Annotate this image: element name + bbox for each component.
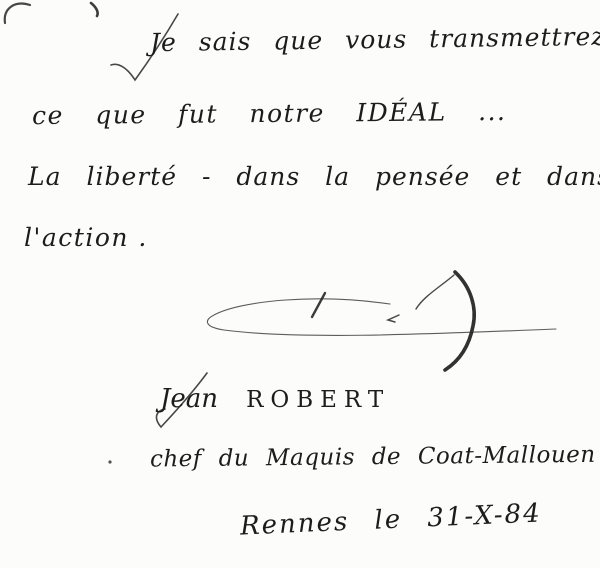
signature-last-name: ROBERT <box>246 387 390 413</box>
signature-paraph-loop <box>207 299 556 336</box>
signature-place-date: Rennes le 31-X-84 <box>239 499 542 542</box>
letter-page: Je sais que vous transmettrez ce que fut… <box>0 0 600 568</box>
signature-first-name: Jean <box>160 384 218 414</box>
stray-ink-dot <box>108 460 111 463</box>
letter-line-2: ce que fut notre IDÉAL ... <box>32 98 507 131</box>
stray-arc-mark <box>5 4 30 23</box>
signature-paraph-upstroke <box>416 275 454 309</box>
stray-tick-mark <box>91 3 98 16</box>
letter-line-4: l'action . <box>24 224 148 253</box>
signature-paraph-tick <box>388 315 399 322</box>
letter-line-1: Je sais que vous transmettrez <box>150 23 600 58</box>
signature-paraph-arc <box>445 272 474 370</box>
letter-line-3: La liberté - dans la pensée et dans <box>28 163 600 192</box>
ink-flourish-layer <box>0 0 600 568</box>
signature-role: chef du Maquis de Coat-Mallouen . <box>150 442 600 473</box>
signature-name: JeanROBERT <box>160 385 390 415</box>
signature-paraph-slash <box>312 293 325 317</box>
